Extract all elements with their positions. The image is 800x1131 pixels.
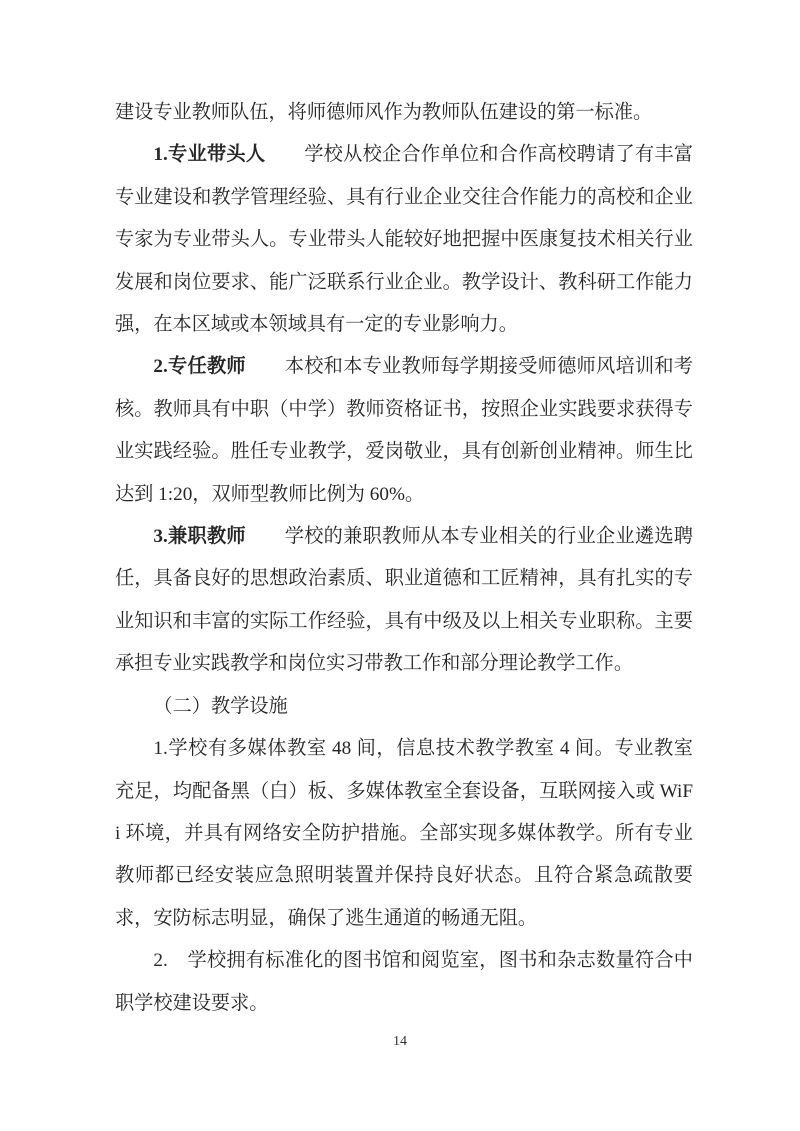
paragraph: 2.专任教师 本校和本专业教师每学期接受师德师风培训和考核。教师具有中职（中学）… xyxy=(115,346,693,516)
bold-text-run: 2.专任教师 xyxy=(153,356,245,377)
bold-text-run: 1.专业带头人 xyxy=(153,144,265,165)
paragraph: 3.兼职教师 学校的兼职教师从本专业相关的行业企业遴选聘任，具备良好的思想政治素… xyxy=(115,516,693,686)
text-run: 1.学校有多媒体教室 48 间，信息技术教学教室 4 间。专业教室充足，均配备黑… xyxy=(115,738,693,929)
text-run: 建设专业教师队伍，将师德师风作为教师队伍建设的第一标准。 xyxy=(115,102,652,123)
bold-text-run: 3.兼职教师 xyxy=(153,526,245,547)
paragraph: 建设专业教师队伍，将师德师风作为教师队伍建设的第一标准。 xyxy=(115,92,693,134)
paragraph: 2. 学校拥有标准化的图书馆和阅览室，图书和杂志数量符合中职学校建设要求。 xyxy=(115,940,693,1025)
text-run: 学校的兼职教师从本专业相关的行业企业遴选聘任，具备良好的思想政治素质、职业道德和… xyxy=(115,526,693,674)
section-heading: （二）教学设施 xyxy=(115,686,693,728)
text-run: （二）教学设施 xyxy=(153,696,287,717)
text-run: 2. 学校拥有标准化的图书馆和阅览室，图书和杂志数量符合中职学校建设要求。 xyxy=(115,950,693,1013)
page-number: 14 xyxy=(393,1034,407,1049)
paragraph: 1.学校有多媒体教室 48 间，信息技术教学教室 4 间。专业教室充足，均配备黑… xyxy=(115,728,693,940)
text-run: 本校和本专业教师每学期接受师德师风培训和考核。教师具有中职（中学）教师资格证书，… xyxy=(115,356,693,504)
page-body: 建设专业教师队伍，将师德师风作为教师队伍建设的第一标准。1.专业带头人 学校从校… xyxy=(115,92,693,1025)
page-footer: 14 xyxy=(0,1032,800,1052)
paragraph: 1.专业带头人 学校从校企合作单位和合作高校聘请了有丰富专业建设和教学管理经验、… xyxy=(115,134,693,346)
text-run: 学校从校企合作单位和合作高校聘请了有丰富专业建设和教学管理经验、具有行业企业交往… xyxy=(115,144,693,335)
document-page: 建设专业教师队伍，将师德师风作为教师队伍建设的第一标准。1.专业带头人 学校从校… xyxy=(0,0,800,1131)
